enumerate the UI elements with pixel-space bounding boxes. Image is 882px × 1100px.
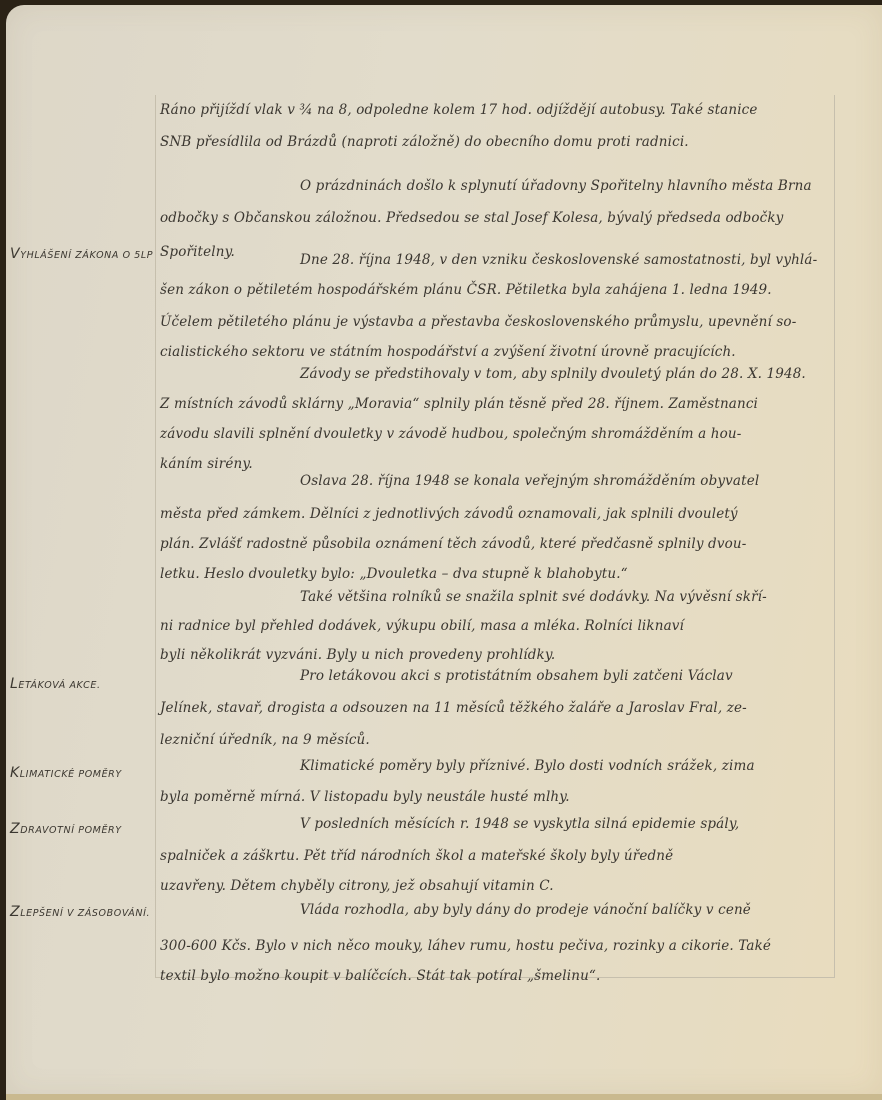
handwritten-line: káním sirény. (160, 456, 253, 472)
handwritten-line: plán. Zvlášť radostně působila oznámení … (160, 536, 746, 552)
handwritten-line: města před zámkem. Dělníci z jednotlivýc… (160, 506, 738, 522)
margin-heading-text: limatické poměry (20, 769, 122, 780)
margin-heading-initial: Z (10, 821, 20, 837)
margin-heading-text: yhlášení zákona o 5LP (20, 250, 153, 261)
handwritten-line: Klimatické poměry byly příznivé. Bylo do… (300, 758, 755, 774)
handwritten-line: Dne 28. října 1948, v den vzniku českosl… (300, 252, 817, 268)
handwritten-line: letku. Heslo dvouletky bylo: „Dvouletka … (160, 566, 628, 582)
handwritten-line: Spořitelny. (160, 244, 235, 260)
handwritten-line: Jelínek, stavař, drogista a odsouzen na … (160, 700, 747, 716)
handwritten-line: Pro letákovou akci s protistátním obsahe… (300, 668, 733, 684)
handwritten-line: byli několikrát vyzváni. Byly u nich pro… (160, 647, 555, 663)
handwritten-line: 300-600 Kčs. Bylo v nich něco mouky, láh… (160, 938, 771, 954)
handwritten-line: Oslava 28. října 1948 se konala veřejným… (300, 473, 759, 489)
handwritten-line: O prázdninách došlo k splynutí úřadovny … (300, 178, 812, 194)
handwritten-line: spalniček a záškrtu. Pět tříd národních … (160, 848, 673, 864)
margin-heading-text: etáková akce. (18, 680, 100, 691)
margin-heading-initial: K (10, 765, 20, 781)
handwritten-line: Účelem pětiletého plánu je výstavba a př… (160, 314, 796, 330)
margin-heading: Zdravotní poměry (10, 821, 122, 837)
handwritten-line: textil bylo možno koupit v balíčcích. St… (160, 968, 600, 984)
margin-heading: Vyhlášení zákona o 5LP (10, 246, 153, 262)
handwritten-line: Z místních závodů sklárny „Moravia“ spln… (160, 396, 758, 412)
margin-heading-text: dravotní poměry (20, 825, 121, 836)
page-edge (6, 1094, 882, 1100)
handwritten-line: V posledních měsících r. 1948 se vyskytl… (300, 816, 739, 832)
margin-heading-text: lepšení v zásobování. (20, 908, 150, 919)
handwritten-line: Také většina rolníků se snažila splnit s… (300, 589, 767, 605)
handwritten-line: byla poměrně mírná. V listopadu byly neu… (160, 789, 570, 805)
handwritten-line: uzavřeny. Dětem chyběly citrony, jež obs… (160, 878, 554, 894)
handwritten-line: Závody se předstihovaly v tom, aby splni… (300, 366, 806, 382)
margin-heading: Zlepšení v zásobování. (10, 904, 150, 920)
handwritten-line: SNB přesídlila od Brázdů (naproti záložn… (160, 134, 689, 150)
margin-heading: Klimatické poměry (10, 765, 122, 781)
handwritten-line: odbočky s Občanskou záložnou. Předsedou … (160, 210, 783, 226)
margin-heading-initial: V (10, 246, 20, 262)
margin-heading: Letáková akce. (10, 676, 101, 692)
handwritten-line: Ráno přijíždí vlak v ¾ na 8, odpoledne k… (160, 102, 758, 118)
handwritten-line: cialistického sektoru ve státním hospodá… (160, 344, 736, 360)
handwritten-line: ni radnice byl přehled dodávek, výkupu o… (160, 618, 684, 634)
handwritten-line: Vláda rozhodla, aby byly dány do prodeje… (300, 902, 751, 918)
handwritten-line: závodu slavili splnění dvouletky v závod… (160, 426, 742, 442)
handwritten-line: šen zákon o pětiletém hospodářském plánu… (160, 282, 772, 298)
handwritten-line: lezniční úředník, na 9 měsíců. (160, 732, 370, 748)
margin-heading-initial: Z (10, 904, 20, 920)
